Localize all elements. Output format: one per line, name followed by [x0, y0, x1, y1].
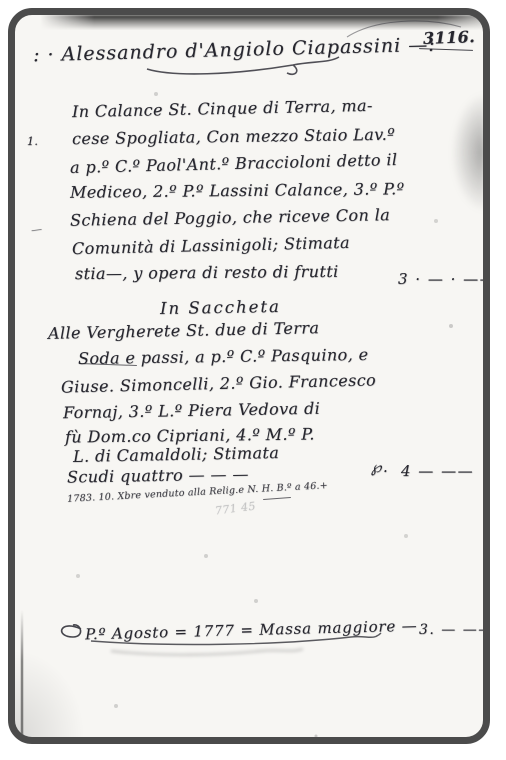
- annotation-underline: [263, 497, 291, 500]
- entry2-value: 4 — ——: [401, 462, 474, 480]
- entry1-value: 3 · — · ——: [398, 270, 490, 288]
- manuscript-page: : · Alessandro d'Angiolo Ciapassini —: 3…: [15, 15, 483, 737]
- paper-speckles: [15, 15, 17, 17]
- manuscript-line: a p.º C.º Paol'Ant.º Braccioloni detto i…: [70, 150, 398, 177]
- title-prefix-marks: : ·: [33, 44, 55, 67]
- manuscript-line: L. di Camaldoli; Stimata: [73, 443, 280, 466]
- margin-tick: —: [30, 222, 43, 236]
- corner-shading: [15, 650, 85, 737]
- scan-frame: : · Alessandro d'Angiolo Ciapassini —: 3…: [8, 8, 490, 744]
- manuscript-line: cese Spogliata, Con mezzo Staio Lav.º: [72, 125, 395, 149]
- manuscript-line: Fornaj, 3.º L.º Piera Vedova di: [63, 399, 320, 422]
- title-underline-flourish: [143, 53, 343, 79]
- manuscript-line: Scudi quattro — — —: [67, 464, 249, 486]
- manuscript-line: Mediceo, 2.º P.º Lassini Calance, 3.º P.…: [70, 179, 405, 202]
- header-flourish: [345, 17, 465, 43]
- manuscript-line: stia—, y opera di resto di frutti: [75, 262, 339, 283]
- manuscript-line: In Calance St. Cinque di Terra, ma-: [72, 96, 373, 121]
- manuscript-line: Giuse. Simoncelli, 2.º Gio. Francesco: [61, 370, 376, 396]
- manuscript-line: Comunità di Lassinigoli; Stimata: [72, 233, 350, 258]
- footer-value: 3. — ——: [419, 622, 490, 638]
- manuscript-line: Alle Vergherete St. due di Terra: [48, 318, 320, 343]
- pencil-note: 771 45: [214, 500, 256, 518]
- section-heading: In Saccheta: [160, 297, 281, 318]
- manuscript-line: Schiena del Poggio, che riceve Con la: [70, 205, 390, 230]
- scan-thumb-shadow: [423, 70, 485, 235]
- currency-sign: ℘.: [371, 458, 389, 476]
- margin-item-number: 1.: [27, 135, 38, 148]
